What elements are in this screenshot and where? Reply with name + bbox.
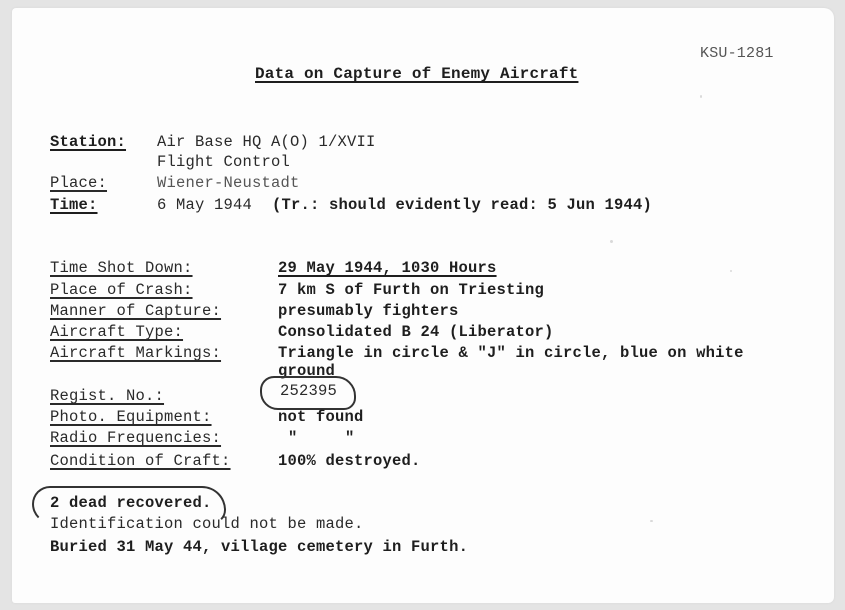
value-station-line2: Flight Control — [157, 153, 290, 171]
value-radio-frequencies: " " — [288, 429, 355, 447]
reference-number: KSU-1281 — [700, 45, 774, 62]
label-manner-of-capture: Manner of Capture: — [50, 302, 221, 320]
label-aircraft-type: Aircraft Type: — [50, 323, 183, 341]
value-manner-of-capture: presumably fighters — [278, 302, 459, 320]
value-condition-of-craft: 100% destroyed. — [278, 452, 421, 470]
translator-note: (Tr.: should evidently read: 5 Jun 1944) — [272, 196, 652, 214]
paper-speck — [650, 520, 653, 522]
label-time: Time: — [50, 196, 98, 214]
label-regist-no: Regist. No.: — [50, 387, 164, 405]
label-condition-of-craft: Condition of Craft: — [50, 452, 231, 470]
label-radio-frequencies: Radio Frequencies: — [50, 429, 221, 447]
value-place-of-crash: 7 km S of Furth on Triesting — [278, 281, 544, 299]
value-aircraft-markings: Triangle in circle & "J" in circle, blue… — [278, 344, 744, 362]
value-regist-no: 252395 — [280, 382, 337, 400]
value-aircraft-type: Consolidated B 24 (Liberator) — [278, 323, 554, 341]
paper-speck — [700, 95, 702, 98]
document-title: Data on Capture of Enemy Aircraft — [255, 65, 578, 83]
label-photo-equipment: Photo. Equipment: — [50, 408, 212, 426]
paper-speck — [730, 270, 732, 272]
remark-burial: Buried 31 May 44, village cemetery in Fu… — [50, 538, 468, 556]
label-station: Station: — [50, 133, 126, 151]
label-place-of-crash: Place of Crash: — [50, 281, 193, 299]
remark-dead-recovered: 2 dead recovered. — [50, 494, 212, 512]
label-place: Place: — [50, 174, 107, 192]
label-time-shot-down: Time Shot Down: — [50, 259, 193, 277]
value-photo-equipment: not found — [278, 408, 364, 426]
remark-identification: Identification could not be made. — [50, 515, 364, 533]
paper-speck — [610, 240, 613, 243]
value-station: Air Base HQ A(O) 1/XVII — [157, 133, 376, 151]
value-time-shot-down: 29 May 1944, 1030 Hours — [278, 259, 497, 277]
value-time: 6 May 1944 — [157, 196, 252, 214]
label-aircraft-markings: Aircraft Markings: — [50, 344, 221, 362]
value-place: Wiener-Neustadt — [157, 174, 300, 192]
